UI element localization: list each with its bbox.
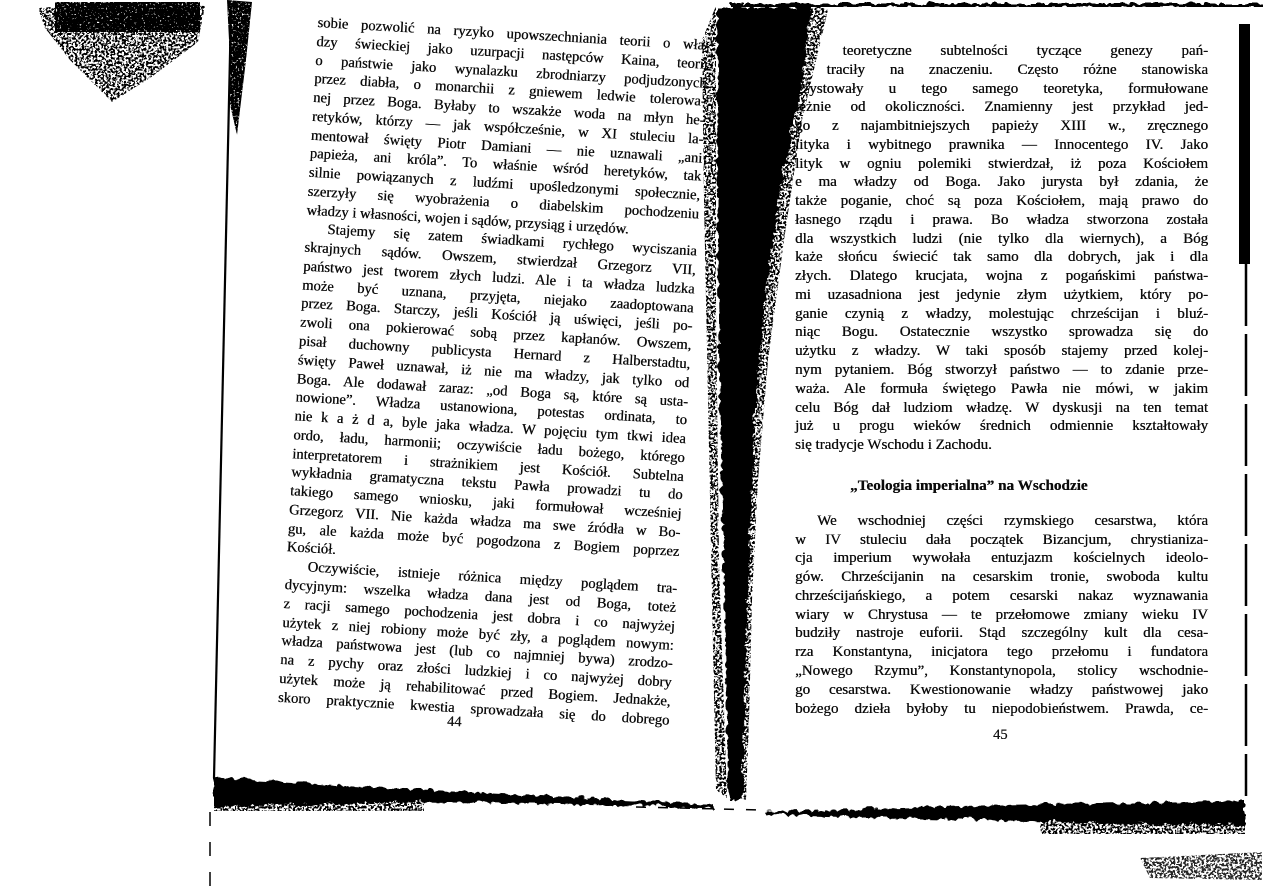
text-line: łasnego rządu i prawa. Bo władza stworzo… xyxy=(795,211,1208,230)
scanned-book-spread: sobie pozwolić na ryzyko upowszechniania… xyxy=(0,0,1263,892)
text-line: także poganie, choć są poza Kościołem, m… xyxy=(795,192,1208,211)
right-edge-bar-artifact xyxy=(1239,24,1250,796)
text-line: się tradycje Wschodu i Zachodu. xyxy=(795,436,1208,455)
page-44-number: 44 xyxy=(447,714,462,731)
page-44-text-column: sobie pozwolić na ryzyko upowszechniania… xyxy=(277,14,709,730)
text-line: budziły nastroje euforii. Stąd szczególn… xyxy=(795,624,1208,643)
page-44: sobie pozwolić na ryzyko upowszechniania… xyxy=(277,14,709,730)
bottomright-edge-shadow-artifact xyxy=(762,799,1245,834)
text-line: złych. Dlatego krucjata, wojna z pogańsk… xyxy=(795,267,1208,286)
text-line: go cesarstwa. Kwestionowanie władzy pańs… xyxy=(795,681,1208,700)
top-edge-line-artifact xyxy=(728,2,1263,6)
text-line: użytku z władzy. W taki sposób stajemy p… xyxy=(795,342,1208,361)
text-line: każe słońcu świecić tak samo dla dobrych… xyxy=(795,248,1208,267)
text-line: go z najambitniejszych papieży XIII w., … xyxy=(795,117,1208,136)
text-line: bożego dzieła byłoby tu niepodobieństwem… xyxy=(795,700,1208,719)
text-line: celu Bóg dał ludziom władzę. W dyskusji … xyxy=(795,399,1208,418)
topleft-speckle-artifact xyxy=(38,2,205,102)
text-line: „Nowego Rzymu”, Konstantynopola, stolicy… xyxy=(795,662,1208,681)
text-line: lityka i wybitnego prawnika — Innocenteg… xyxy=(795,136,1208,155)
text-line: w IV stuleciu dała początek Bizancjum, c… xyxy=(795,531,1208,550)
text-line: wiary w Chrystusa — te przełomowe zmiany… xyxy=(795,606,1208,625)
text-line: dla wszystkich ludzi (nie tylko dla wier… xyxy=(795,230,1208,249)
text-line: chrześcijańskiego, a potem cesarski naka… xyxy=(795,587,1208,606)
text-line: ganie czynią z władzy, molestując chrześ… xyxy=(795,305,1208,324)
text-line: We wschodniej części rzymskiego cesarstw… xyxy=(795,512,1208,531)
text-line: ku, teoretyczne subtelności tyczące gene… xyxy=(795,42,1208,61)
text-line: nym pytaniem. Bóg stworzył państwo — to … xyxy=(795,361,1208,380)
text-line: rza Konstantyna, inicjatora tego przełom… xyxy=(795,643,1208,662)
text-line: leżnie od okoliczności. Znamienny jest p… xyxy=(795,98,1208,117)
left-page-edge-artifact xyxy=(214,0,252,778)
page-45-paragraph-1: ku, teoretyczne subtelności tyczące gene… xyxy=(795,42,1208,455)
text-line: już u progu wieków średnich odmiennie ks… xyxy=(795,417,1208,436)
text-line: mi uzasadniona jest jedynie złym użytkie… xyxy=(795,286,1208,305)
text-line: waża. Ale formuła świętego Pawła nie mów… xyxy=(795,380,1208,399)
page-45: ku, teoretyczne subtelności tyczące gene… xyxy=(795,42,1208,718)
text-line: gzystowały u tego samego teoretyka, form… xyxy=(795,80,1208,99)
bottomright-corner-speckle-artifact xyxy=(1140,852,1262,880)
text-line: cja imperium wywołała entuzjazm kościeln… xyxy=(795,549,1208,568)
text-line: lityk w ogniu polemiki stwierdzał, iż po… xyxy=(795,155,1208,174)
text-line: a traciły na znaczeniu. Często różne sta… xyxy=(795,61,1208,80)
text-line: gów. Chrześcijanin na cesarskim tronie, … xyxy=(795,568,1208,587)
bottomleft-edge-shadow-artifact xyxy=(210,776,712,888)
page-45-paragraph-2: We wschodniej części rzymskiego cesarstw… xyxy=(795,512,1208,718)
text-line: e ma władzy od Boga. Jako jurysta był zd… xyxy=(795,173,1208,192)
section-heading: „Teologia imperialna” na Wschodzie xyxy=(850,477,1208,495)
page-45-number: 45 xyxy=(993,727,1008,744)
text-line: niąc Bogu. Ostatecznie wszystko sprowadz… xyxy=(795,323,1208,342)
